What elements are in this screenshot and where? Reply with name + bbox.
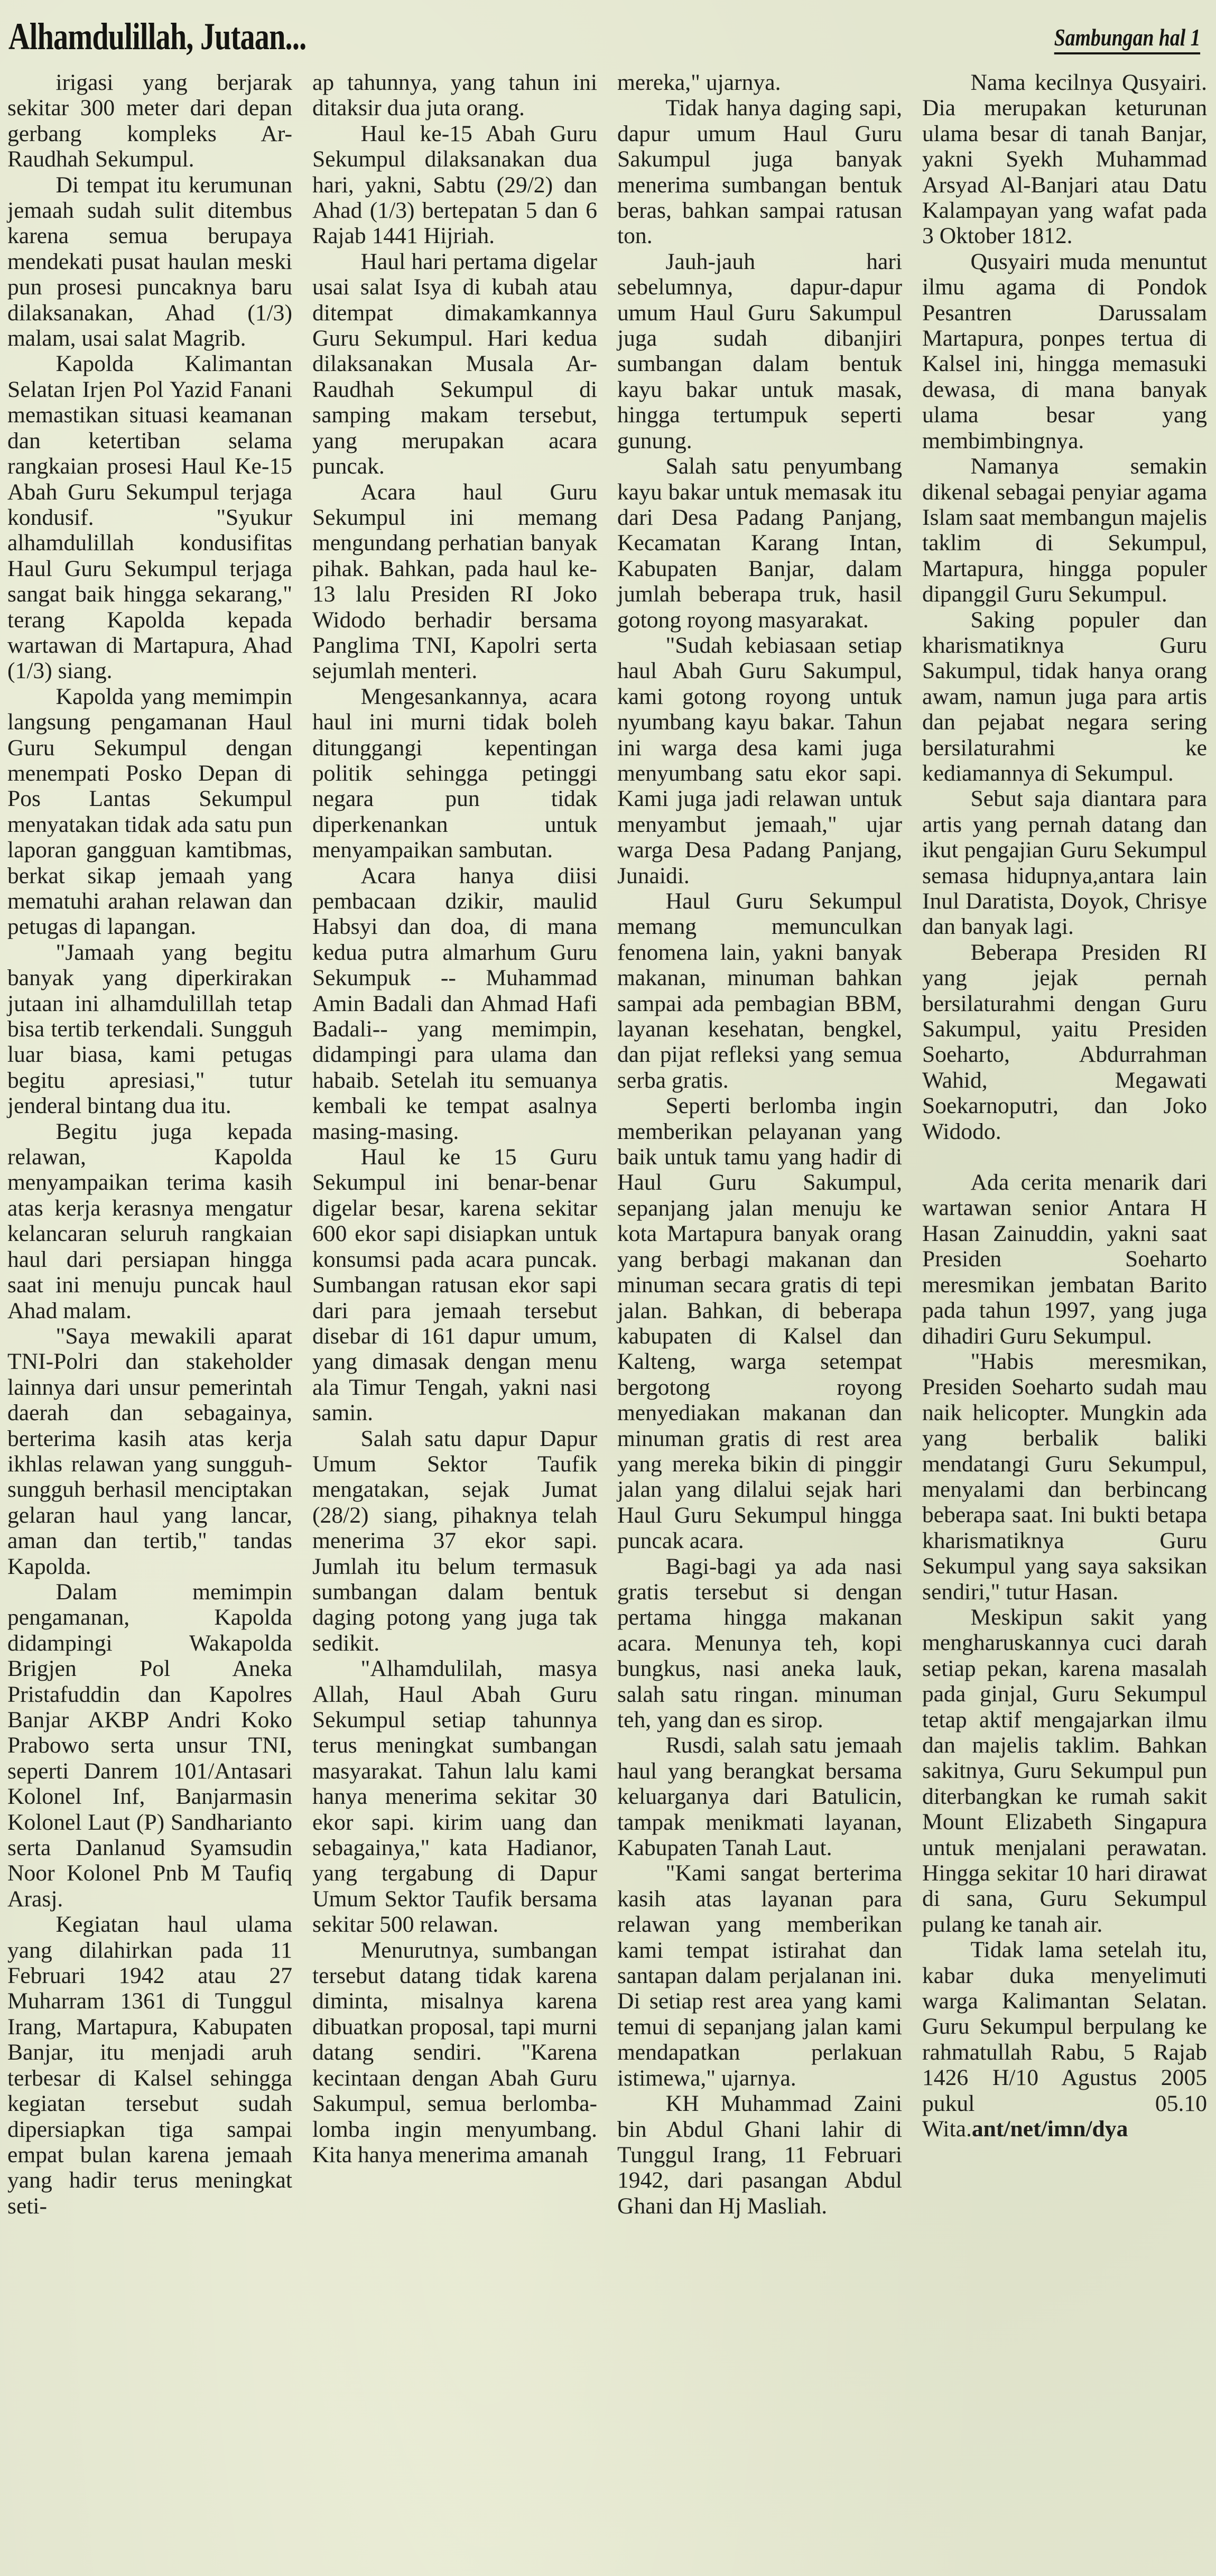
paragraph: Sebut saja diantara para artis yang pern…: [922, 786, 1207, 939]
paragraph: Acara hanya diisi pembacaan dzikir, maul…: [312, 863, 597, 1144]
paragraph: Meskipun sakit yang mengharuskannya cuci…: [922, 1605, 1207, 1937]
paragraph: Bagi-bagi ya ada nasi gratis tersebut si…: [617, 1554, 902, 1733]
paragraph: Salah satu penyumbang kayu bakar untuk m…: [617, 453, 902, 633]
paragraph: Di tempat itu kerumunan jemaah sudah sul…: [7, 172, 292, 351]
paragraph: KH Muhammad Zaini bin Abdul Ghani lahir …: [617, 2091, 902, 2219]
paragraph: "Kami sangat berterima kasih atas layana…: [617, 1860, 902, 2091]
newspaper-page: Alhamdulillah, Jutaan... Sambungan hal 1…: [0, 0, 1216, 2576]
paragraph: Beberapa Presiden RI yang jejak pernah b…: [922, 940, 1207, 1144]
paragraph: irigasi yang berjarak sekitar 300 meter …: [7, 70, 292, 172]
continuation-label: Sambungan hal 1: [1054, 24, 1200, 54]
paragraph: Saking populer dan kharismatiknya Guru S…: [922, 607, 1207, 786]
paragraph: Haul Guru Sekumpul memang memunculkan fe…: [617, 888, 902, 1093]
paragraph: Menurutnya, sumbangan tersebut datang ti…: [312, 1938, 597, 2168]
paragraph: Haul ke 15 Guru Sekumpul ini benar-benar…: [312, 1144, 597, 1425]
paragraph: Salah satu dapur Dapur Umum Sektor Taufi…: [312, 1426, 597, 1656]
paragraph: Dalam memimpin pengamanan, Kapolda didam…: [7, 1579, 292, 1912]
paragraph: Jauh-jauh hari sebelumnya, dapur-dapur u…: [617, 249, 902, 453]
paragraph: "Saya mewakili aparat TNI-Polri dan stak…: [7, 1323, 292, 1579]
paragraph: "Habis meresmikan, Presiden Soeharto sud…: [922, 1349, 1207, 1605]
paragraph-text: Tidak lama setelah itu, kabar duka menye…: [922, 1937, 1207, 2142]
paragraph: Nama kecilnya Qusyairi. Dia merupakan ke…: [922, 70, 1207, 249]
paragraph: Mengesankannya, acara haul ini murni tid…: [312, 684, 597, 863]
article-body: irigasi yang berjarak sekitar 300 meter …: [7, 70, 1207, 2564]
paragraph: ap tahunnya, yang tahun ini ditaksir dua…: [312, 70, 597, 121]
headline: Alhamdulillah, Jutaan...: [8, 15, 306, 59]
article-header: Alhamdulillah, Jutaan... Sambungan hal 1: [8, 10, 1200, 57]
column-1: irigasi yang berjarak sekitar 300 meter …: [7, 70, 292, 2564]
paragraph: Seperti berlomba ingin memberikan pelaya…: [617, 1093, 902, 1553]
paragraph: Rusdi, salah satu jemaah haul yang beran…: [617, 1732, 902, 1860]
paragraph: "Alhamdulilah, masya Allah, Haul Abah Gu…: [312, 1656, 597, 1937]
paragraph: Acara haul Guru Sekumpul ini memang meng…: [312, 479, 597, 684]
paragraph: Kegiatan haul ulama yang dilahirkan pada…: [7, 1912, 292, 2219]
paragraph: Qusyairi muda menuntut ilmu agama di Pon…: [922, 249, 1207, 453]
paragraph: Tidak hanya daging sapi, dapur umum Haul…: [617, 95, 902, 248]
paragraph: Begitu juga kepada relawan, Kapolda meny…: [7, 1119, 292, 1323]
paragraph: mereka," ujarnya.: [617, 70, 902, 95]
paragraph: Kapolda yang memimpin langsung pengamana…: [7, 684, 292, 940]
paragraph: Kapolda Kalimantan Selatan Irjen Pol Yaz…: [7, 351, 292, 683]
paragraph: Ada cerita menarik dari wartawan senior …: [922, 1170, 1207, 1349]
final-paragraph: Tidak lama setelah itu, kabar duka menye…: [922, 1937, 1207, 2142]
paragraph: "Jamaah yang begitu banyak yang diperkir…: [7, 940, 292, 1119]
paragraph: Haul ke-15 Abah Guru Sekumpul dilaksanak…: [312, 121, 597, 249]
byline-code: ant/net/imn/dya: [972, 2116, 1128, 2142]
paragraph: "Sudah kebiasaan setiap haul Abah Guru S…: [617, 633, 902, 888]
column-2: ap tahunnya, yang tahun ini ditaksir dua…: [312, 70, 597, 2564]
paragraph: Haul hari pertama digelar usai salat Isy…: [312, 249, 597, 479]
column-3: mereka," ujarnya. Tidak hanya daging sap…: [617, 70, 902, 2564]
paragraph: Namanya semakin dikenal sebagai penyiar …: [922, 453, 1207, 607]
column-4: Nama kecilnya Qusyairi. Dia merupakan ke…: [922, 70, 1207, 2564]
